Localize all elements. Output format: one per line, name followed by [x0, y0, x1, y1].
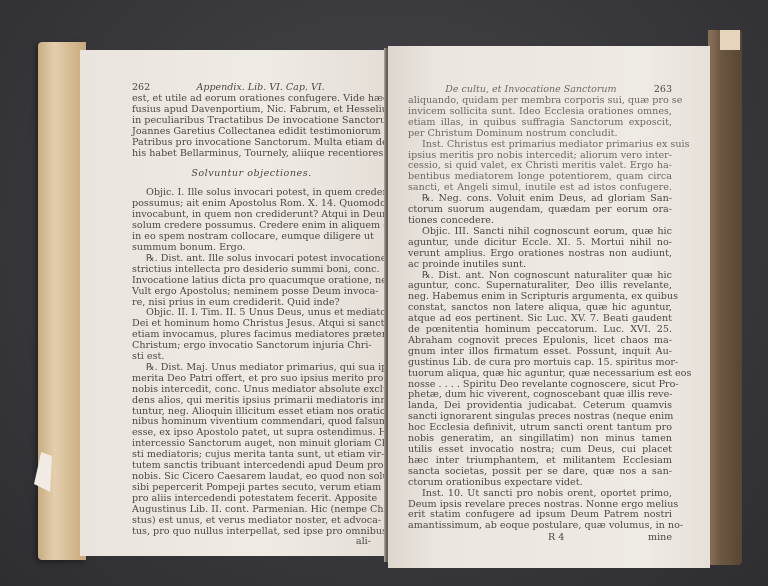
catchword: mine [648, 532, 672, 543]
text-line: per Christum Dominum nostrum concludit. [408, 129, 672, 140]
text-line: Inst. Christus est primarius mediator pr… [408, 140, 672, 151]
text-line: Patribus pro invocatione Sanctorum. Mult… [132, 138, 371, 149]
page-tab-corner [720, 30, 740, 50]
text-line: amantissimum, ab eoque postulare, quæ vo… [408, 521, 672, 532]
paragraph-response-2: ℞. Dist. Maj. Unus mediator primarius, q… [132, 363, 371, 538]
page-number: 263 [654, 84, 672, 95]
right-running-head: De cultu, et Invocatione Sanctorum 263 [408, 84, 672, 95]
catchword: ali- [132, 537, 371, 548]
signature-mark: R 4 [548, 532, 564, 543]
paragraph-objection-3: Objic. III. Sancti nihil cognoscunt eoru… [408, 227, 672, 271]
text-line: verunt amplius. Ergo orationes nostras n… [408, 249, 672, 260]
text-line: ctorum orationibus expectare videt. [408, 478, 672, 489]
right-page-block-edge [708, 30, 742, 565]
text-line: Joannes Garetius Collectanea edidit test… [132, 127, 371, 138]
paragraph-1: aliquando, quidam per membra corporis su… [408, 96, 672, 140]
text-line: Inst. 10. Ut sancti pro nobis orent, opo… [408, 489, 672, 500]
paragraph-objection-2: Objic. II. I. Tim. II. 5 Unus Deus, unus… [132, 308, 371, 363]
running-head-title: Appendix. Lib. VI. Cap. VI. [150, 82, 371, 93]
text-line: Augustinus Lib. II. cont. Parmenian. Hic… [132, 505, 371, 516]
text-line: his habet Bellarminus, Tournely, aliique… [132, 149, 371, 160]
paragraph-response-2: ℞. Dist. ant. Non cognoscunt naturaliter… [408, 271, 672, 489]
page-number: 262 [132, 82, 150, 93]
running-head-title: De cultu, et Invocatione Sanctorum [408, 84, 654, 95]
paragraph-1: est, et utile ad eorum orationes confuge… [132, 94, 371, 159]
text-line: Invocatione latius dicta pro quacumque o… [132, 276, 371, 287]
paragraph-response-1: ℞. Dist. ant. Ille solus invocari potest… [132, 254, 371, 309]
page-footer: R 4 mine [408, 532, 672, 543]
text-line: Christum; ergo invocatio Sanctorum injur… [132, 341, 371, 352]
left-running-head: 262 Appendix. Lib. VI. Cap. VI. [132, 82, 371, 93]
paragraph-response-1: ℞. Neg. cons. Voluit enim Deus, ad glori… [408, 194, 672, 227]
text-line: tus, pro quo nullus interpellat, sed ips… [132, 527, 371, 538]
left-page: 262 Appendix. Lib. VI. Cap. VI. est, et … [80, 50, 385, 556]
right-page: De cultu, et Invocatione Sanctorum 263 a… [388, 46, 710, 568]
text-line: dens alios, qui meritis ipsius primarii … [132, 396, 371, 407]
paragraph-instance-2: Inst. 10. Ut sancti pro nobis orent, opo… [408, 489, 672, 533]
left-page-block-edge [38, 42, 86, 560]
text-line: tuorum aliqua, quæ hic aguntur, quæ nece… [408, 369, 672, 380]
text-line: stus) est unus, et verus mediator noster… [132, 516, 371, 527]
text-line: ac proinde inutiles sunt. [408, 260, 672, 271]
paragraph-instance-1: Inst. Christus est primarius mediator pr… [408, 140, 672, 195]
text-line: Vult ergo Apostolus; neminem posse Deum … [132, 287, 371, 298]
paragraph-objection-1: Objic. I. Ille solus invocari potest, in… [132, 188, 371, 253]
section-heading: Solvuntur objectiones. [132, 168, 371, 179]
